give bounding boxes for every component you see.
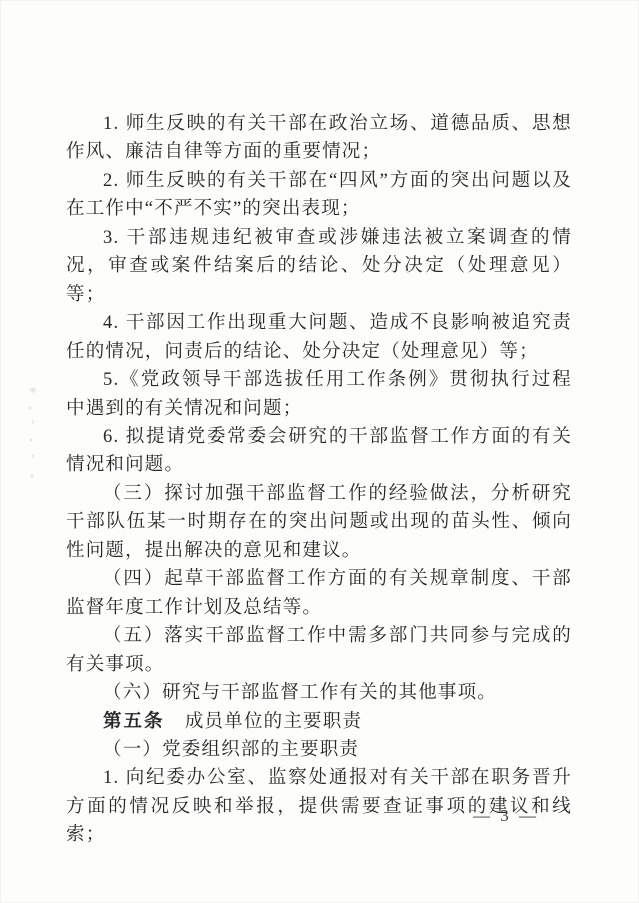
clause-4-paragraph: （四）起草干部监督工作方面的有关规章制度、干部监督年度工作计划及总结等。 (66, 565, 572, 622)
text-block: 1. 师生反映的有关干部在政治立场、道德品质、思想作风、廉洁自律等方面的重要情况… (66, 110, 572, 850)
clause-5-paragraph: （五）落实干部监督工作中需多部门共同参与完成的有关事项。 (66, 622, 572, 679)
list-item-2: 2. 师生反映的有关干部在“四风”方面的突出问题以及在工作中“不严不实”的突出表… (66, 167, 572, 224)
list-item-4: 4. 干部因工作出现重大问题、造成不良影响被追究责任的情况，问责后的结论、处分决… (66, 309, 572, 366)
list-item-3: 3. 干部违规违纪被审查或涉嫌违法被立案调查的情况，审查或案件结案后的结论、处分… (66, 224, 572, 309)
clause-1-subheading: （一）党委组织部的主要职责 (66, 736, 572, 764)
document-page: 1. 师生反映的有关干部在政治立场、道德品质、思想作风、廉洁自律等方面的重要情况… (0, 0, 639, 903)
clause-3-paragraph: （三）探讨加强干部监督工作的经验做法，分析研究干部队伍某一时期存在的突出问题或出… (66, 480, 572, 565)
clause-6-paragraph: （六）研究与干部监督工作有关的其他事项。 (66, 679, 572, 707)
list-item-1: 1. 师生反映的有关干部在政治立场、道德品质、思想作风、廉洁自律等方面的重要情况… (66, 110, 572, 167)
list-item-6: 6. 拟提请党委常委会研究的干部监督工作方面的有关情况和问题。 (66, 423, 572, 480)
article-5-number: 第五条 (103, 712, 165, 732)
page-number: — 3 — (473, 806, 539, 826)
list-item-5: 5.《党政领导干部选拔任用工作条例》贯彻执行过程中遇到的有关情况和问题； (66, 366, 572, 423)
article-5-heading: 第五条成员单位的主要职责 (66, 708, 572, 736)
scan-smudge-artifact (22, 384, 42, 484)
article-5-title: 成员单位的主要职责 (185, 712, 362, 732)
